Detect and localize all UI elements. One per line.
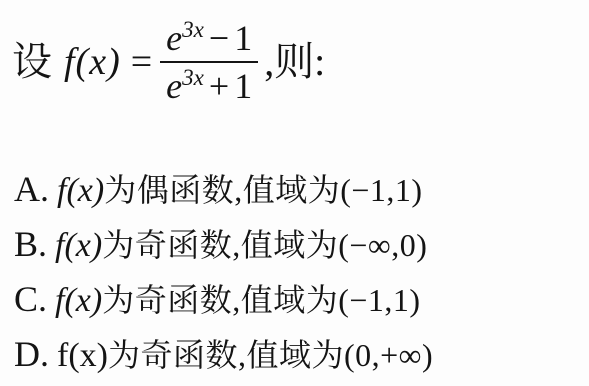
option-a-label: A.: [14, 169, 49, 209]
fraction-numerator: e3x−1: [160, 18, 258, 63]
options-list: A.f(x)为偶函数,值域为(−1,1) B.f(x)为奇函数,值域为(−∞,0…: [12, 162, 589, 382]
denominator-operator: +: [209, 66, 229, 106]
option-row-c: C.f(x)为奇函数,值域为(−1,1): [12, 272, 589, 327]
option-d-label: D.: [14, 334, 49, 374]
denominator-exponent: 3x: [182, 65, 204, 90]
option-b-text: 为奇函数,值域为(−∞,0): [102, 227, 427, 263]
denominator-constant: 1: [234, 66, 252, 106]
option-d-function: f(x): [57, 337, 108, 374]
function-notation: f(x): [64, 43, 121, 81]
option-c-label: C.: [14, 279, 47, 319]
option-c-function: f(x): [55, 282, 102, 319]
denominator-base: e: [166, 66, 182, 106]
numerator-constant: 1: [234, 18, 252, 58]
option-a-text: 为偶函数,值域为(−1,1): [104, 172, 422, 208]
option-row-d: D.f(x)为奇函数,值域为(0,+∞): [12, 327, 589, 382]
option-d-text: 为奇函数,值域为(0,+∞): [108, 337, 433, 373]
option-b-function: f(x): [55, 227, 102, 264]
option-a-function: f(x): [57, 172, 104, 209]
option-c-text: 为奇函数,值域为(−1,1): [102, 282, 420, 318]
problem-statement: 设 f(x) = e3x−1 e3x+1 ,则:: [12, 18, 589, 106]
problem-suffix: ,则:: [264, 42, 325, 82]
numerator-base: e: [166, 18, 182, 58]
equals-sign: =: [131, 43, 152, 81]
problem-prefix: 设: [12, 42, 52, 82]
numerator-exponent: 3x: [182, 17, 204, 42]
numerator-operator: −: [209, 18, 229, 58]
option-row-a: A.f(x)为偶函数,值域为(−1,1): [12, 162, 589, 217]
fraction-denominator: e3x+1: [160, 63, 258, 106]
option-b-label: B.: [14, 224, 47, 264]
math-question-document: 设 f(x) = e3x−1 e3x+1 ,则: A.f(x)为偶函数,值域为(…: [0, 0, 589, 386]
option-row-b: B.f(x)为奇函数,值域为(−∞,0): [12, 217, 589, 272]
fraction: e3x−1 e3x+1: [160, 18, 258, 106]
